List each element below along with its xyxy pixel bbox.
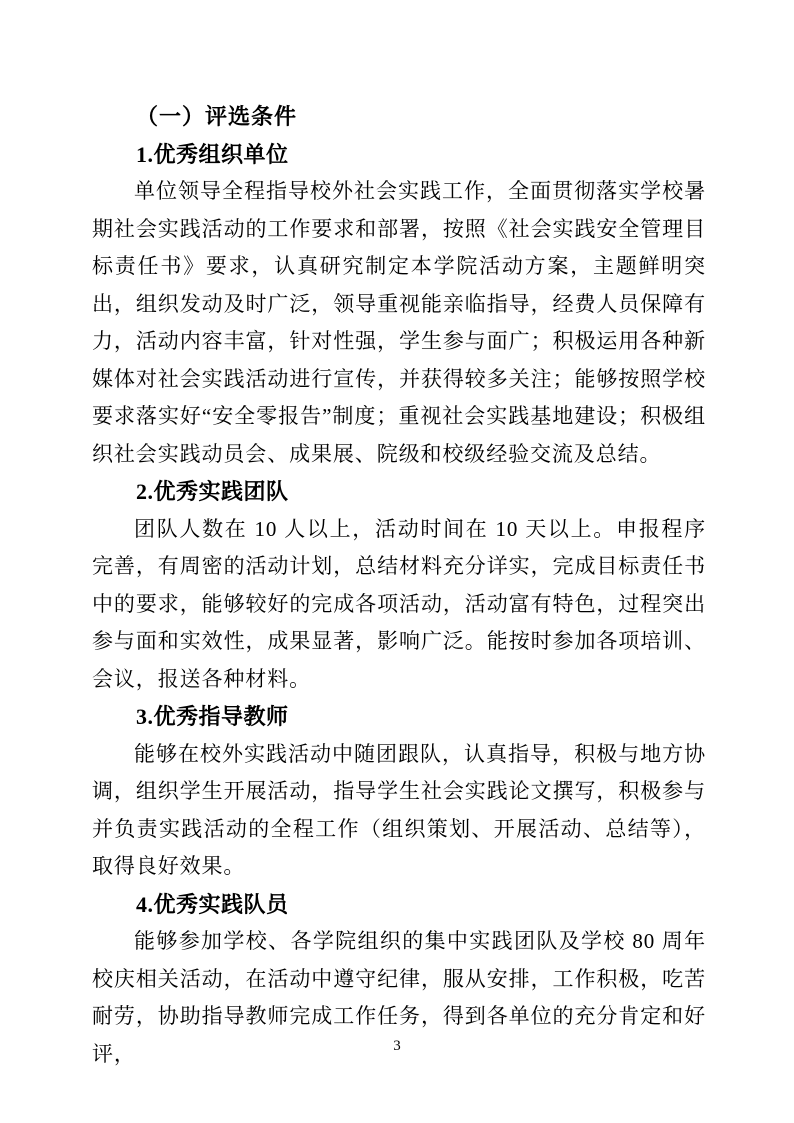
subsection-heading-4: 4.优秀实践队员 [92,886,706,924]
subsection-excellent-team: 2.优秀实践团队 团队人数在 10 人以上，活动时间在 10 天以上。申报程序完… [92,473,706,698]
document-page: （一）评选条件 1.优秀组织单位 单位领导全程指导校外社会实践工作，全面贯彻落实… [0,0,794,1123]
page-number: 3 [0,1036,794,1056]
subsection-excellent-organization: 1.优秀组织单位 单位领导全程指导校外社会实践工作，全面贯彻落实学校暑期社会实践… [92,136,706,474]
subsection-body-3: 能够在校外实践活动中随团跟队，认真指导，积极与地方协调，组织学生开展活动，指导学… [92,736,706,886]
subsection-heading-1: 1.优秀组织单位 [92,136,706,174]
section-heading-criteria: （一）评选条件 [92,98,706,136]
subsection-excellent-teacher: 3.优秀指导教师 能够在校外实践活动中随团跟队，认真指导，积极与地方协调，组织学… [92,698,706,886]
subsection-heading-3: 3.优秀指导教师 [92,698,706,736]
subsection-heading-2: 2.优秀实践团队 [92,473,706,511]
document-content: （一）评选条件 1.优秀组织单位 单位领导全程指导校外社会实践工作，全面贯彻落实… [92,98,706,1073]
subsection-body-1: 单位领导全程指导校外社会实践工作，全面贯彻落实学校暑期社会实践活动的工作要求和部… [92,173,706,473]
subsection-body-2: 团队人数在 10 人以上，活动时间在 10 天以上。申报程序完善，有周密的活动计… [92,511,706,699]
